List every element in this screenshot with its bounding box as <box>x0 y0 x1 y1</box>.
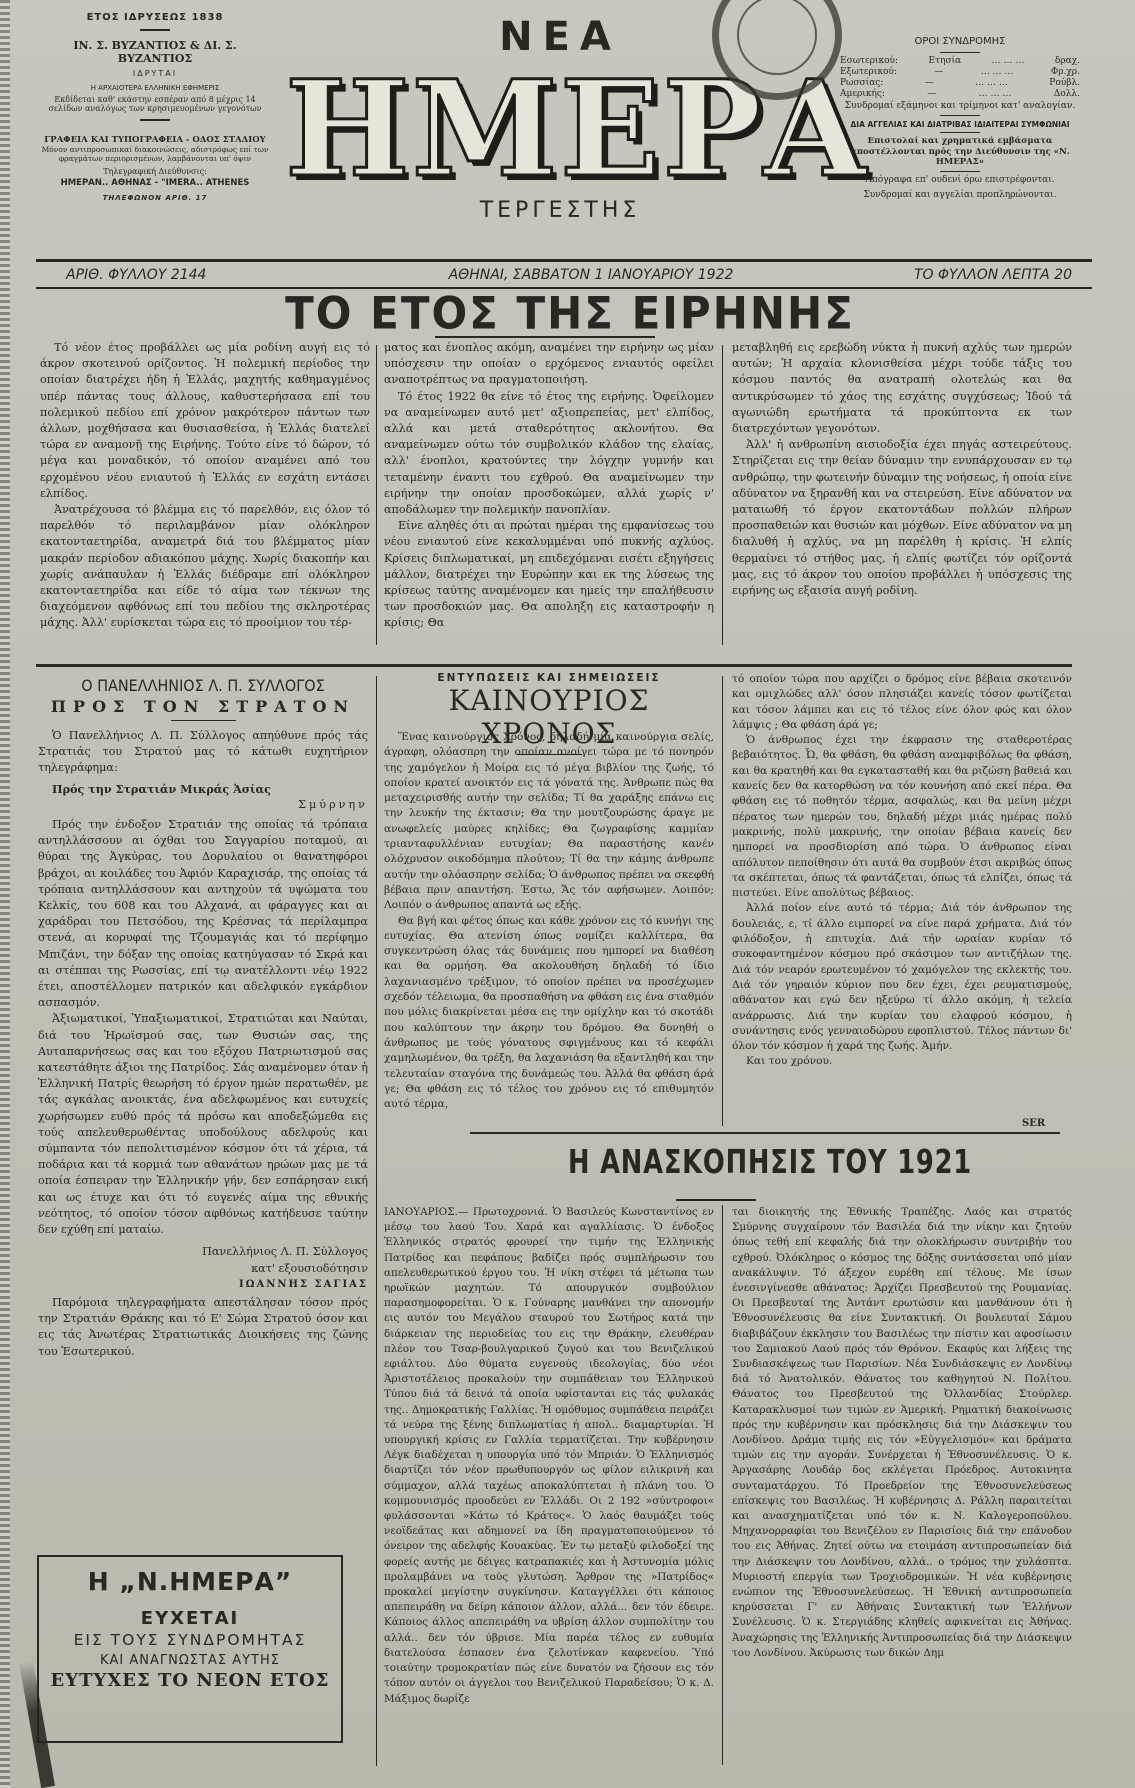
headline-rule <box>435 336 655 338</box>
rate-period: — <box>927 89 936 100</box>
rate-period: Ετησία <box>929 56 962 67</box>
addressee: Πρός την Στρατιάν Μικράς Ἀσίας <box>38 781 368 797</box>
section-rule <box>36 664 1072 667</box>
headline-rule <box>676 1199 756 1201</box>
anaskopisis-title: Η ΑΝΑΣΚΟΠΗΣΙΣ ΤΟΥ 1921 <box>520 1142 1019 1181</box>
paragraph: Ἀλλά ποίον είνε αυτό τό τέρμα; Διά τόν ά… <box>732 901 1072 1054</box>
paragraph: Ἕνας καινούργιος Χρόνος, δηλαδή μία καιν… <box>384 730 714 914</box>
paragraph: Ὁ άνθρωπος έχει την έκφρασιν της σταθερο… <box>732 733 1072 901</box>
rate-dots: … … … <box>975 78 1008 89</box>
greeting-advertisement: Η „Ν.ΗΜΕΡΑ” ΕΥΧΕΤΑΙ ΕΙΣ ΤΟΥΣ ΣΥΝΔΡΟΜΗΤΑΣ… <box>37 1555 343 1743</box>
masthead-left-info: ΕΤΟΣ ΙΔΡΥΣΕΩΣ 1838 ΙΝ. Σ. ΒΥΖΑΝΤΙΟΣ & ΔΙ… <box>40 12 270 202</box>
masthead-subtitle: ΤΕΡΓΕΣΤΗΣ <box>440 198 680 223</box>
ad-line-4: ΚΑΙ ΑΝΑΓΝΩΣΤΑΣ ΑΥΤΗΣ <box>39 1653 341 1668</box>
rate-period: — <box>934 67 943 78</box>
rate-label: Ρωσσίας: <box>840 78 883 89</box>
ad-line-5: ΕΥΤΥΧΕΣ ΤΟ ΝΕΟΝ ΕΤΟΣ <box>39 1670 341 1691</box>
rate-currency: Ρούβλ. <box>1049 78 1080 89</box>
lead-headline: ΤΟ ΕΤΟΣ ΤΗΣ ΕΙΡΗΝΗΣ <box>150 288 990 339</box>
rate-row: Εξωτερικού:—… … …Φρ.χρ. <box>840 67 1080 78</box>
divider <box>140 119 170 121</box>
rate-currency: Δολλ. <box>1054 89 1080 100</box>
signature-org: Πανελλήνιος Λ. Π. Σύλλογος <box>38 1244 368 1260</box>
rate-row: Αμερικής:—… … …Δολλ. <box>840 89 1080 100</box>
paragraph: Πρός την ένδοξον Στρατιάν της οποίας τά … <box>38 817 368 1011</box>
paragraph: Τό νέον έτος προβάλλει ως μία ροδίνη αυγ… <box>40 340 370 502</box>
divider <box>171 720 236 721</box>
divider <box>940 171 980 172</box>
kainourios-col-2: τό οποίον τώρα που αρχίζει ο δρόμος είνε… <box>732 672 1072 1070</box>
paragraph: Είνε αληθές ότι αι πρώται ημέραι της εμφ… <box>384 518 714 631</box>
syllogos-subtitle: ΠΡΟΣ ΤΟΝ ΣΤΡΑΤΟΝ <box>38 697 368 716</box>
signature-role: κατ' εξουσιοδότησιν <box>38 1261 368 1277</box>
rate-currency: Φρ.χρ. <box>1051 67 1080 78</box>
rate-row: Εσωτερικού:Ετησία… … …δραχ. <box>840 56 1080 67</box>
paragraph: Ὁ Πανελλήνιος Λ. Π. Σύλλογος απηύθυνε πρ… <box>38 728 368 777</box>
rate-label: Εξωτερικού: <box>840 67 897 78</box>
city: Σμύρνην <box>38 797 368 813</box>
tagline: Η ΑΡΧΑΙΟΤΕΡΑ ΕΛΛΗΝΙΚΗ ΕΦΗΜΕΡΙΣ <box>40 84 270 92</box>
syllogos-title: Ο ΠΑΝΕΛΛΗΝΙΟΣ Λ. Π. ΣΥΛΛΟΓΟΣ <box>55 676 352 695</box>
issue-date: ΑΘΗΝΑΙ, ΣΑΒΒΑΤΟΝ 1 ΙΑΝΟΥΑΡΙΟΥ 1922 <box>376 267 806 283</box>
rate-row: Ρωσσίας:—… … …Ρούβλ. <box>840 78 1080 89</box>
subscription-terms: ΟΡΟΙ ΣΥΝΔΡΟΜΗΣ Εσωτερικού:Ετησία… … …δρα… <box>840 36 1080 202</box>
issue-price: ΤΟ ΦΥΛΛΟΝ ΛΕΠΤΑ 20 <box>806 267 1092 283</box>
paragraph: Τό έτος 1922 θα είνε τό έτος της ειρήνης… <box>384 389 714 519</box>
ads-note: ΔΙΑ ΑΓΓΕΛΙΑΣ ΚΑΙ ΔΙΑΤΡΙΒΑΣ ΙΔΙΑΙΤΕΡΑΙ ΣΥ… <box>840 120 1080 129</box>
paragraph: ματος και ένοπλος ακόμη, αναμένει την ει… <box>384 340 714 389</box>
subscription-heading: ΟΡΟΙ ΣΥΝΔΡΟΜΗΣ <box>840 36 1080 49</box>
rate-currency: δραχ. <box>1055 56 1080 67</box>
founders-label: ΙΔΡΥΤΑΙ <box>40 69 270 78</box>
rate-period: — <box>925 78 934 89</box>
ad-line-1: Η „Ν.ΗΜΕΡΑ” <box>39 1567 341 1596</box>
column-rule <box>722 676 723 1126</box>
dateline: ΑΡΙΘ. ΦΥΛΛΟΥ 2144 ΑΘΗΝΑΙ, ΣΑΒΒΑΤΟΝ 1 ΙΑΝ… <box>36 264 1092 286</box>
paragraph: Θα βγή και φέτος όπως και κάθε χρόνον ει… <box>384 914 714 1113</box>
paragraph: Ἀξιωματικοί, Ὑπαξιωματικοί, Στρατιώται κ… <box>38 1011 368 1238</box>
rate-dots: … … … <box>979 89 1012 100</box>
divider <box>140 29 170 31</box>
telegraph-address: ΗΜΕΡΑΝ.. ΑΘΗΝΑΣ - "IMERA.. ATHENES <box>40 178 270 188</box>
kainourios-col-1: Ἕνας καινούργιος Χρόνος, δηλαδή μία καιν… <box>384 730 714 1112</box>
returns-note: Απόγραφα επ' ουδενί όρω επιστρέφονται. <box>840 175 1080 186</box>
founders: ΙΝ. Σ. ΒΥΖΑΝΤΙΟΣ & ΔΙ. Σ. ΒΥΖΑΝΤΙΟΣ <box>40 39 270 65</box>
publication-note: Εκδίδεται καθ' εκάστην εσπέραν από 8 μέχ… <box>40 95 270 113</box>
paragraph: ΙΑΝΟΥΑΡΙΟΣ.— Πρωτοχρονιά. Ὁ Βασιλεύς Κων… <box>384 1205 714 1707</box>
notice: Μόνον αντιπροσωπικαί διακοινώσεις, αδιστ… <box>40 145 270 163</box>
postscript: Παρόμοια τηλεγραφήματα απεστάλησαν τόσον… <box>38 1295 368 1360</box>
subscription-note: Συνδρομαί εξάμηνοι και τρίμηνοι κατ' ανα… <box>840 101 1080 112</box>
section-rule <box>470 1132 1060 1134</box>
paragraph: Ἀλλ' ἡ ανθρωπίνη αισιοδοξία έχει πηγάς α… <box>732 437 1072 599</box>
newspaper-page: ΕΤΟΣ ΙΔΡΥΣΕΩΣ 1838 ΙΝ. Σ. ΒΥΖΑΝΤΙΟΣ & ΔΙ… <box>0 0 1135 1788</box>
dateline-top-rule <box>36 259 1092 262</box>
lead-article-col-1: Τό νέον έτος προβάλλει ως μία ροδίνη αυγ… <box>40 340 370 632</box>
rate-dots: … … … <box>992 56 1025 67</box>
column-rule <box>376 345 377 645</box>
scan-edge <box>0 0 10 1788</box>
divider <box>940 115 980 116</box>
rate-label: Αμερικής: <box>840 89 885 100</box>
syllogos-body: Ὁ Πανελλήνιος Λ. Π. Σύλλογος απηύθυνε πρ… <box>38 728 368 1360</box>
paragraph: μεταβληθή εις ερεβώδη νύκτα ἡ πυκνή αχλύ… <box>732 340 1072 437</box>
author-signature: SER <box>1022 1118 1045 1129</box>
ad-line-3: ΕΙΣ ΤΟΥΣ ΣΥΝΔΡΟΜΗΤΑΣ <box>39 1631 341 1649</box>
column-rule <box>722 345 723 645</box>
paragraph: Και του χρόνου. <box>732 1054 1072 1069</box>
phone: ΤΗΛΕΦΩΝΟΝ ΑΡΙΘ. 17 <box>40 194 270 202</box>
prepay-note: Συνδρομαί και αγγελίαι προπληρώνονται. <box>840 190 1080 201</box>
rate-dots: … … … <box>981 67 1014 78</box>
lead-article-col-2: ματος και ένοπλος ακόμη, αναμένει την ει… <box>384 340 714 632</box>
signature-name: ΙΩΑΝΝΗΣ ΣΑΓΙΑΣ <box>38 1277 368 1293</box>
divider <box>940 52 980 53</box>
divider <box>940 132 980 133</box>
column-kicker: ΕΝΤΥΠΩΣΕΙΣ ΚΑΙ ΣΗΜΕΙΩΣΕΙΣ <box>384 672 714 684</box>
offices: ΓΡΑΦΕΙΑ ΚΑΙ ΤΥΠΟΓΡΑΦΕΙΑ - ΟΔΟΣ ΣΤΑΔΙΟΥ <box>40 135 270 145</box>
anaskopisis-col-1: ΙΑΝΟΥΑΡΙΟΣ.— Πρωτοχρονιά. Ὁ Βασιλεύς Κων… <box>384 1205 714 1775</box>
issue-number: ΑΡΙΘ. ΦΥΛΛΟΥ 2144 <box>36 267 376 283</box>
column-rule <box>376 676 377 1766</box>
letters-note: Επιστολαί και χρηματικά εμβάσματα αποστέ… <box>840 136 1080 168</box>
anaskopisis-col-2: ται διοικητής της Ἐθνικής Τραπέζης. Λαός… <box>732 1205 1072 1775</box>
syllogos-article: Ο ΠΑΝΕΛΛΗΝΙΟΣ Λ. Π. ΣΥΛΛΟΓΟΣ ΠΡΟΣ ΤΟΝ ΣΤ… <box>38 676 368 725</box>
paragraph: Ἀνατρέχουσα τό βλέμμα εις τό παρελθόν, ε… <box>40 502 370 632</box>
rate-label: Εσωτερικού: <box>840 56 898 67</box>
ad-line-2: ΕΥΧΕΤΑΙ <box>39 1608 341 1629</box>
paragraph: τό οποίον τώρα που αρχίζει ο δρόμος είνε… <box>732 672 1072 733</box>
column-rule <box>722 1205 723 1765</box>
lead-article-col-3: μεταβληθή εις ερεβώδη νύκτα ἡ πυκνή αχλύ… <box>732 340 1072 599</box>
telegraph-label: Τηλεγραφική Διεύθυνσις: <box>40 167 270 176</box>
year-founded: ΕΤΟΣ ΙΔΡΥΣΕΩΣ 1838 <box>40 12 270 23</box>
paragraph: ται διοικητής της Ἐθνικής Τραπέζης. Λαός… <box>732 1205 1072 1661</box>
